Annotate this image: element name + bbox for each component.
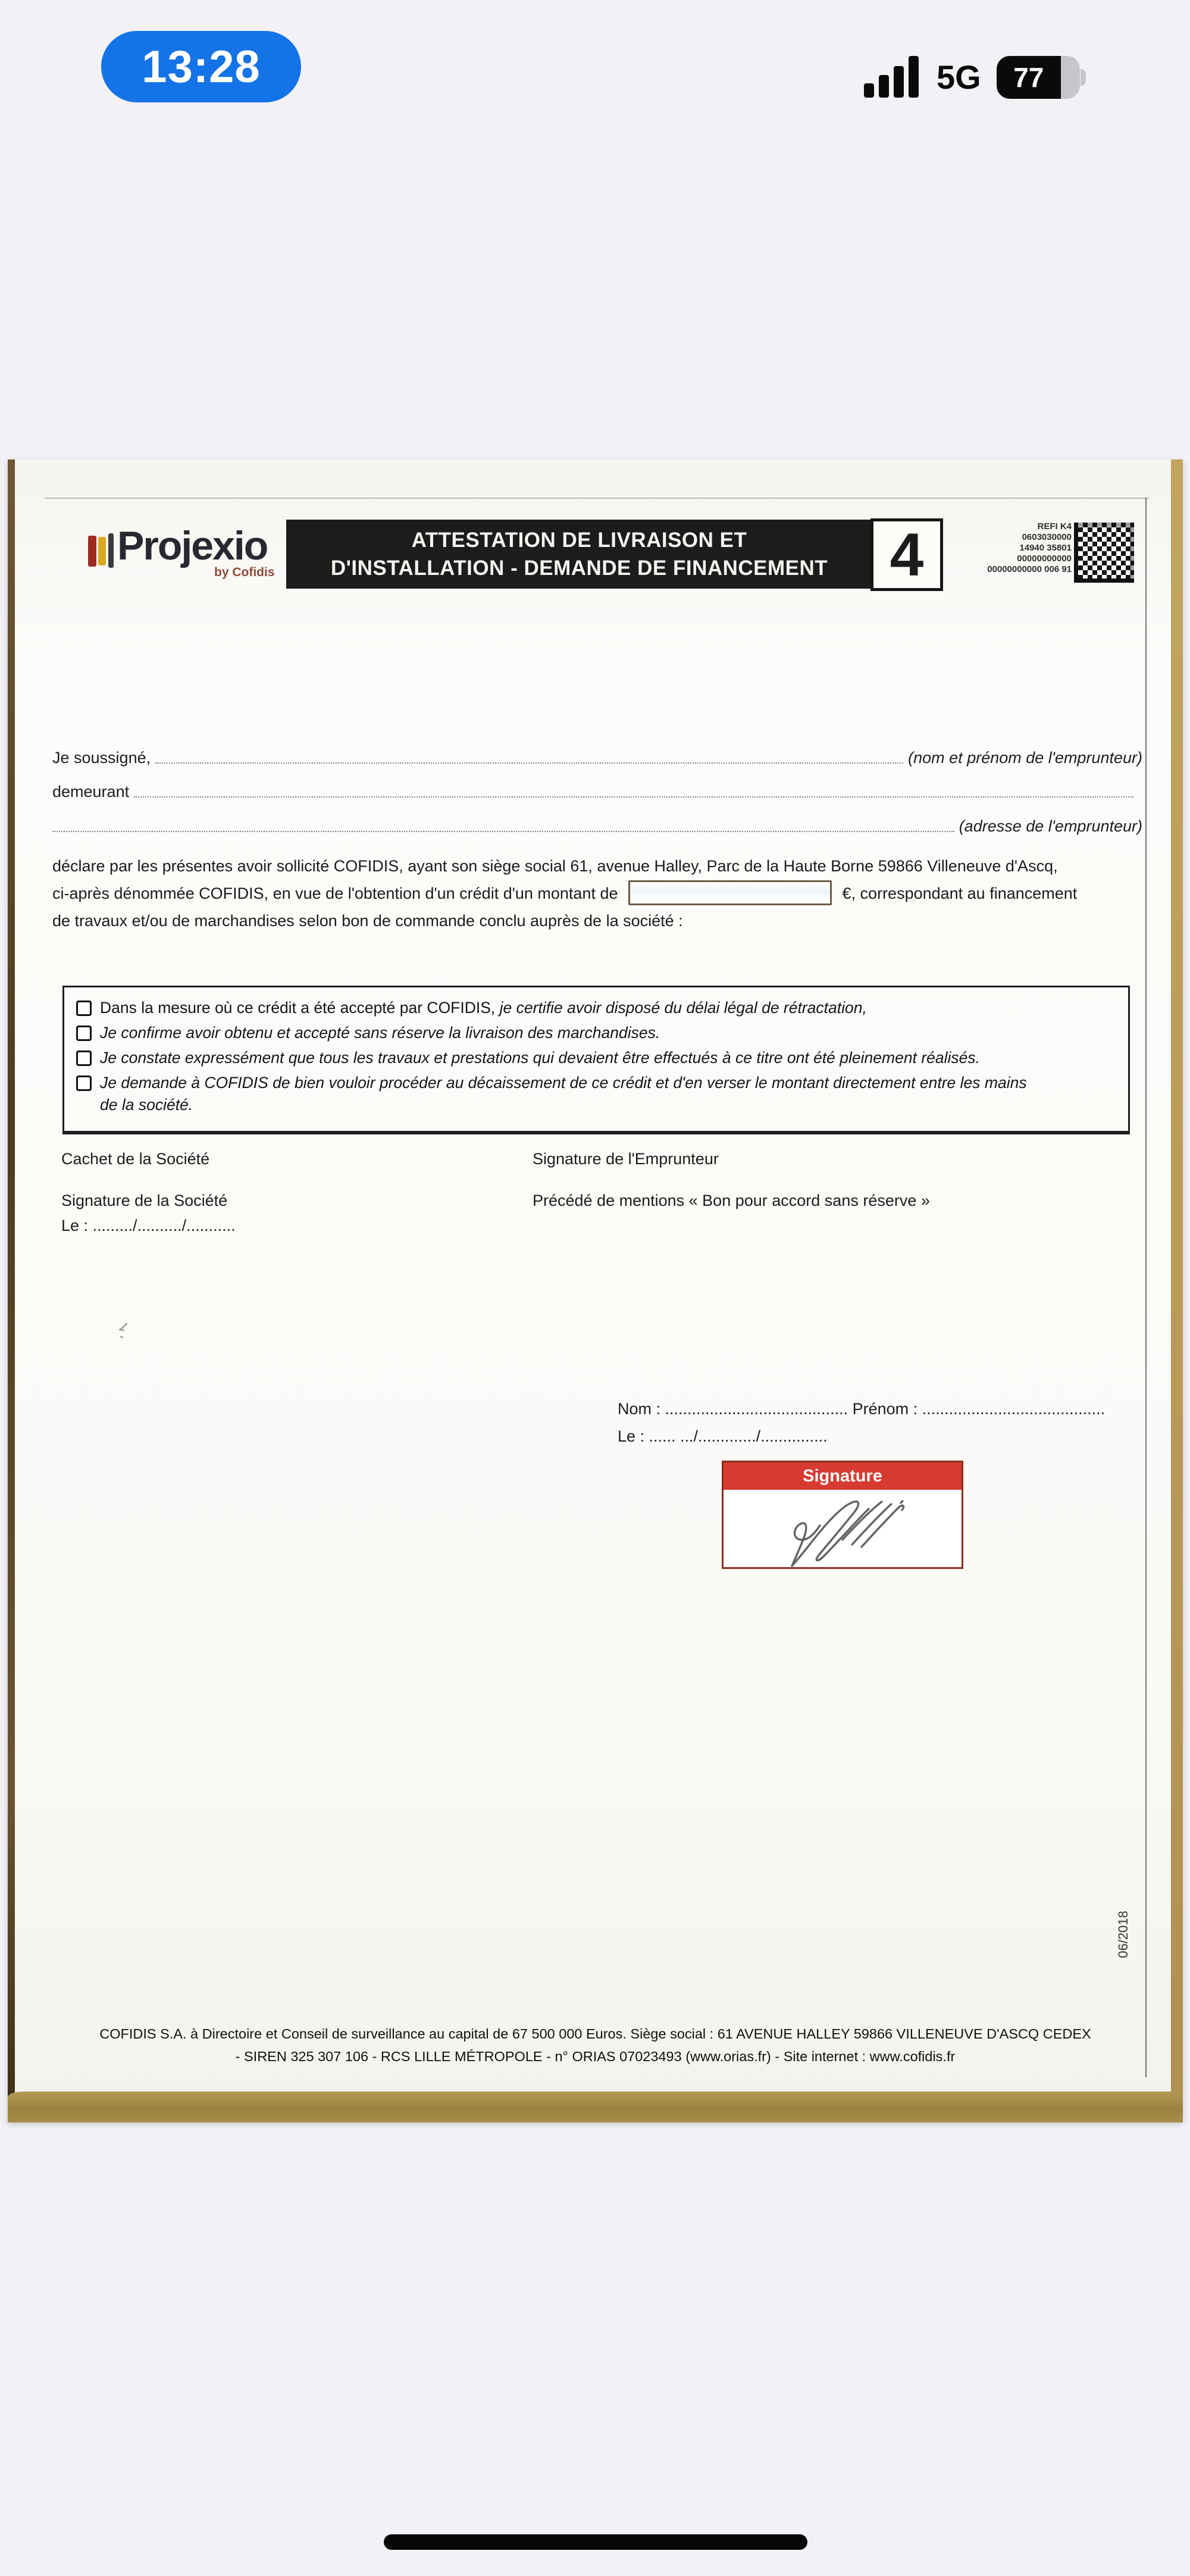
status-time-pill[interactable]: 13:28 <box>101 31 301 102</box>
checkbox-icon[interactable] <box>76 1051 92 1066</box>
home-indicator[interactable] <box>384 2534 807 2550</box>
demeurant-label: demeurant <box>52 783 129 801</box>
check-item-4: Je demande à COFIDIS de bien vouloir pro… <box>75 1072 1117 1116</box>
declaration-line2: ci-après dénommée COFIDIS, en vue de l'o… <box>52 880 1153 907</box>
address-fill-line2 <box>52 830 954 832</box>
cachet-label: Cachet de la Société <box>61 1150 209 1168</box>
logo-yellow-bar-icon <box>98 537 106 565</box>
signature-box-header: Signature <box>724 1462 962 1490</box>
check-item-3-text: Je constate expressément que tous les tr… <box>100 1047 980 1069</box>
check-item-3: Je constate expressément que tous les tr… <box>75 1047 1117 1069</box>
borrower-address-row1: demeurant <box>52 783 1138 801</box>
logo-red-bar-icon <box>88 536 96 567</box>
name-hint: (nom et prénom de l'emprunteur) <box>908 749 1142 767</box>
check-item-1-text: Dans la mesure où ce crédit a été accept… <box>100 997 867 1019</box>
reference-block: REFI K4 0603030000 14940 35801 000000000… <box>942 521 1072 575</box>
borrower-name-row: Je soussigné, (nom et prénom de l'emprun… <box>52 749 1142 767</box>
declaration-paragraph: déclare par les présentes avoir sollicit… <box>52 852 1153 934</box>
declaration-line2-before: ci-après dénommée COFIDIS, en vue de l'o… <box>52 884 618 902</box>
borrower-date-line: Le : ...... .../............./..........… <box>618 1427 828 1446</box>
battery-percent: 77 <box>997 56 1061 99</box>
photo-edge-bottom <box>8 2092 1183 2122</box>
logo-byline: by Cofidis <box>214 565 275 580</box>
ref-line: REFI K4 <box>942 521 1072 532</box>
logo-brand-text: Projexio <box>117 523 267 569</box>
address-fill-line1 <box>134 796 1133 798</box>
cellular-signal-icon <box>864 56 923 99</box>
logo-dark-bar-icon <box>108 533 114 568</box>
legal-footer: COFIDIS S.A. à Directoire et Conseil de … <box>58 2022 1132 2068</box>
address-hint: (adresse de l'emprunteur) <box>959 817 1142 836</box>
ref-line: 14940 35801 <box>942 543 1072 554</box>
ref-line: 0603030000 <box>942 532 1072 543</box>
photo-edge-left <box>8 459 15 2122</box>
check-item-1: Dans la mesure où ce crédit a été accept… <box>75 997 1117 1019</box>
emprunteur-signature-label: Signature de l'Emprunteur <box>533 1150 719 1168</box>
status-time: 13:28 <box>142 41 260 93</box>
form-title-line1: ATTESTATION DE LIVRAISON ET <box>412 526 747 554</box>
checkbox-icon[interactable] <box>76 1001 92 1016</box>
signature-box[interactable]: Signature <box>722 1461 963 1569</box>
form-page-number: 4 <box>870 518 943 591</box>
battery-icon: 77 <box>997 56 1091 99</box>
mention-label: Précédé de mentions « Bon pour accord sa… <box>533 1192 930 1210</box>
check-item-4-text: Je demande à COFIDIS de bien vouloir pro… <box>100 1072 1027 1116</box>
legal-footer-line1: COFIDIS S.A. à Directoire et Conseil de … <box>58 2022 1132 2045</box>
form-title-banner: ATTESTATION DE LIVRAISON ET D'INSTALLATI… <box>286 520 872 589</box>
handwritten-signature <box>724 1490 962 1567</box>
form-title-line2: D'INSTALLATION - DEMANDE DE FINANCEMENT <box>331 554 828 582</box>
credit-amount-field <box>628 880 832 905</box>
scan-line-top <box>45 498 1149 499</box>
borrower-address-row2: (adresse de l'emprunteur) <box>52 817 1142 836</box>
name-fill-line <box>155 762 903 764</box>
ref-line: 00000000000 006 91 <box>942 564 1072 575</box>
battery-cap <box>1081 69 1086 86</box>
soussigne-label: Je soussigné, <box>52 749 151 767</box>
checkbox-icon[interactable] <box>76 1076 92 1091</box>
status-right-cluster: 5G 77 <box>864 56 1091 99</box>
certification-panel: Dans la mesure où ce crédit a été accept… <box>62 986 1130 1134</box>
form-version: 06/2018 <box>1116 1899 1139 1970</box>
societe-date-line: Le : ........./........../........... <box>61 1217 236 1235</box>
check-item-2: Je confirme avoir obtenu et accepté sans… <box>75 1022 1117 1044</box>
page-border-right <box>1145 498 1147 2077</box>
stray-pen-mark <box>116 1321 134 1342</box>
photo-edge-right <box>1171 459 1183 2101</box>
declaration-line3: de travaux et/ou de marchandises selon b… <box>52 907 1153 934</box>
societe-signature-label: Signature de la Société <box>61 1192 227 1210</box>
legal-footer-line2: - SIREN 325 307 106 - RCS LILLE MÉTROPOL… <box>58 2045 1132 2068</box>
document-photo[interactable]: Projexio by Cofidis ATTESTATION DE LIVRA… <box>8 459 1183 2122</box>
checkbox-icon[interactable] <box>76 1026 92 1041</box>
check-item-2-text: Je confirme avoir obtenu et accepté sans… <box>100 1022 660 1044</box>
datamatrix-code <box>1074 523 1134 583</box>
network-type-label: 5G <box>937 56 981 99</box>
declaration-line1: déclare par les présentes avoir sollicit… <box>52 852 1153 880</box>
nom-prenom-line: Nom : ..................................… <box>618 1400 1105 1418</box>
iphone-screen: 13:28 5G 77 Projexio by Cofidis ATTESTAT… <box>0 0 1190 2576</box>
declaration-line2-after: €, correspondant au financement <box>843 884 1078 902</box>
ref-line: 00000000000 <box>942 554 1072 564</box>
